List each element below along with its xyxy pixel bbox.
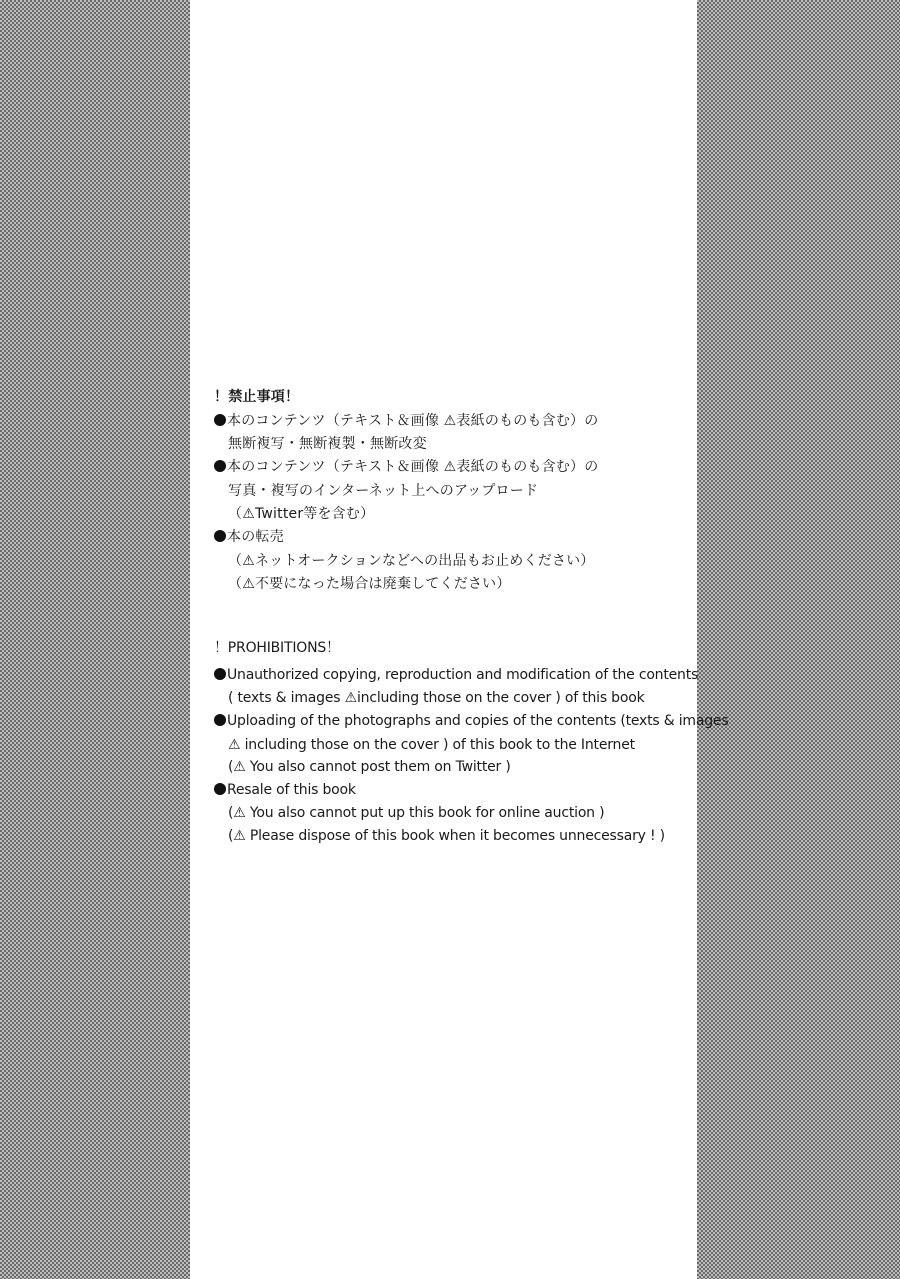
english-bullet-3-sub-2: (⚠ Please dispose of this book when it b… [228,827,665,845]
japanese-bullet-3-sub-2: （⚠不要になった場合は廃棄してください） [228,575,511,593]
english-heading: ！PROHIBITIONS！ [214,639,340,657]
english-bullet-2-sub-1: ⚠ including those on the cover ) of this… [228,736,635,754]
japanese-bullet-3: 本の転売 [214,528,284,546]
japanese-bullet-2-sub-1: 写真・複写のインターネット上へのアップロード [228,482,538,500]
japanese-bullet-2-sub-2: （⚠Twitter等を含む） [228,505,374,523]
english-bullet-2: Uploading of the photographs and copies … [214,712,728,730]
english-bullet-3: Resale of this book [214,781,356,799]
bullet-icon [214,668,226,680]
bullet-icon [214,783,226,795]
left-halftone-margin [0,0,190,1279]
english-bullet-3-sub-1: (⚠ You also cannot put up this book for … [228,804,604,822]
japanese-bullet-2: 本のコンテンツ（テキスト＆画像 ⚠表紙のものも含む）の [214,458,598,476]
bullet-icon [214,530,226,542]
bullet-icon [214,714,226,726]
english-bullet-1: Unauthorized copying, reproduction and m… [214,666,698,684]
english-bullet-2-sub-2: (⚠ You also cannot post them on Twitter … [228,758,511,776]
english-bullet-1-sub-1: ( texts & images ⚠including those on the… [228,689,645,707]
bullet-icon [214,460,226,472]
japanese-bullet-1-sub-1: 無断複写・無断複製・無断改変 [228,435,427,453]
japanese-heading: ！禁止事項！ [214,388,299,406]
japanese-bullet-3-sub-1: （⚠ネットオークションなどへの出品もお止めください） [228,552,595,570]
bullet-icon [214,414,226,426]
right-halftone-margin [697,0,900,1279]
japanese-bullet-1: 本のコンテンツ（テキスト＆画像 ⚠表紙のものも含む）の [214,412,598,430]
